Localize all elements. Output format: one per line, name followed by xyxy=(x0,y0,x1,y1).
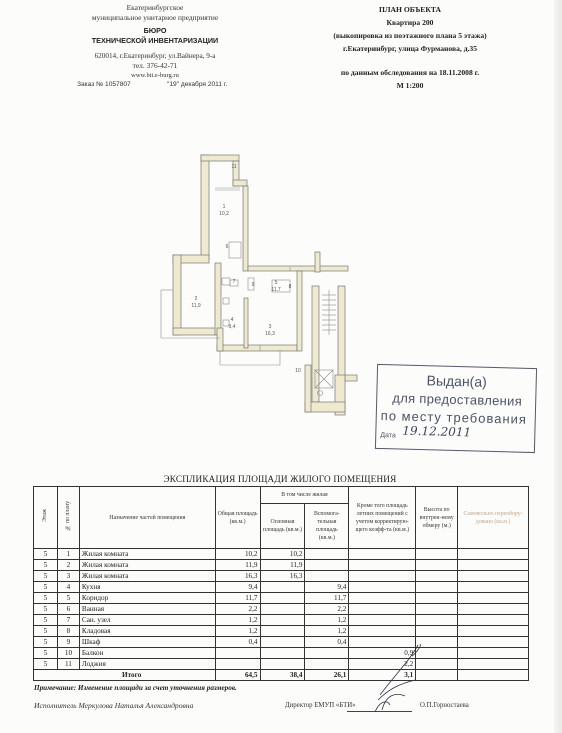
svg-text:5: 5 xyxy=(275,280,278,286)
object-address: г.Екатеринбург, улица Фурманова, д.35 xyxy=(285,42,535,55)
cell-aux: 2,2 xyxy=(305,604,349,615)
cell-total: 16,3 xyxy=(215,571,260,582)
cell-aux: 11,7 xyxy=(305,593,349,604)
total-aux: 26,1 xyxy=(305,670,349,681)
cell-main xyxy=(260,593,305,604)
table-row: 57Сан. узел1,21,2 xyxy=(34,615,529,626)
floor-plan: 110,2 211,9 316,3 49,4 511,7 7 9 8 6 11 … xyxy=(160,150,400,420)
bureau-name: БЮРО ТЕХНИЧЕСКОЙ ИНВЕНТАРИЗАЦИИ xyxy=(60,26,250,46)
table-row: 53Жилая комната16,316,3 xyxy=(34,571,529,582)
cell-purpose: Шкаф xyxy=(79,637,215,648)
cell-main xyxy=(260,648,305,659)
cell-aux: 1,2 xyxy=(305,615,349,626)
issuer-line: Екатеринбургское xyxy=(60,3,250,13)
cell-aux xyxy=(305,549,349,560)
issuer-block: Екатеринбургское муниципальное унитарное… xyxy=(60,3,250,81)
table-row: 55Коридор11,711,7 xyxy=(34,593,529,604)
cell-summer xyxy=(349,549,416,560)
svg-text:8: 8 xyxy=(289,284,292,290)
cell-unauth xyxy=(458,582,529,593)
cell-total: 1,2 xyxy=(215,626,260,637)
cell-floor: 5 xyxy=(34,659,58,670)
svg-text:11,7: 11,7 xyxy=(271,287,281,293)
cell-unauth xyxy=(458,549,529,560)
cell-purpose: Ванная xyxy=(79,604,215,615)
cell-total: 11,7 xyxy=(215,593,260,604)
col-unauthorized: Самовольно переобору-довано (кв.м.) xyxy=(458,487,529,549)
total-main: 38,4 xyxy=(260,670,305,681)
director-label: Директор ЕМУП «БТИ» xyxy=(285,702,356,709)
cell-summer xyxy=(349,615,416,626)
survey-date: по данным обследования на 18.11.2008 г. xyxy=(285,66,535,79)
cell-purpose: Лоджия xyxy=(79,659,215,670)
cell-aux xyxy=(305,571,349,582)
plan-subtitle: (выкопировка из поэтажного плана 5 этажа… xyxy=(285,29,535,42)
cell-summer xyxy=(349,593,416,604)
executor: Исполнитель Меркулова Наталья Александро… xyxy=(34,701,193,710)
plan-scale: М 1:200 xyxy=(285,79,535,92)
cell-purpose: Жилая комната xyxy=(79,571,215,582)
cell-no: 6 xyxy=(57,604,79,615)
cell-main xyxy=(260,604,305,615)
issuer-line: муниципальное унитарное предприятие xyxy=(60,13,250,23)
cell-purpose: Жилая комната xyxy=(79,549,215,560)
cell-floor: 5 xyxy=(34,571,58,582)
cell-total: 9,4 xyxy=(215,582,260,593)
cell-unauth xyxy=(458,648,529,659)
svg-text:9: 9 xyxy=(252,282,255,288)
cell-aux: 9,4 xyxy=(305,582,349,593)
cell-no: 1 xyxy=(57,549,79,560)
cell-purpose: Жилая комната xyxy=(79,560,215,571)
cell-total: 0,4 xyxy=(215,637,260,648)
cell-purpose: Кухня xyxy=(79,582,215,593)
bureau-name-line: ТЕХНИЧЕСКОЙ ИНВЕНТАРИЗАЦИИ xyxy=(60,36,250,46)
cell-height xyxy=(416,549,458,560)
cell-floor: 5 xyxy=(34,604,58,615)
cell-unauth xyxy=(458,604,529,615)
cell-aux: 0,4 xyxy=(305,637,349,648)
order-row: Заказ № 1057807 "19" декабря 2011 г. xyxy=(77,81,277,88)
col-total-area: Общая площадь (кв.м.) xyxy=(215,487,260,549)
cell-height xyxy=(416,593,458,604)
cell-aux: 1,2 xyxy=(305,626,349,637)
cell-summer xyxy=(349,582,416,593)
bureau-name-line: БЮРО xyxy=(60,26,250,36)
cell-height xyxy=(416,582,458,593)
cell-no: 7 xyxy=(57,615,79,626)
cell-summer xyxy=(349,571,416,582)
svg-text:2: 2 xyxy=(195,296,198,302)
cell-height xyxy=(416,571,458,582)
cell-height xyxy=(416,560,458,571)
note: Примечание: Изменение площади за счет ут… xyxy=(34,684,237,692)
cell-floor: 5 xyxy=(34,615,58,626)
table-row: 511Лоджия2,2 xyxy=(34,659,529,670)
table-total-row: Итого64,538,426,13,1 xyxy=(34,670,529,681)
order-number: Заказ № 1057807 xyxy=(77,81,131,88)
issuer-address: 620014, г.Екатеринбург, ул.Вайнера, 9-а xyxy=(60,51,250,61)
cell-no: 5 xyxy=(57,593,79,604)
svg-text:16,3: 16,3 xyxy=(265,331,275,337)
cell-unauth xyxy=(458,637,529,648)
cell-main: 16,3 xyxy=(260,571,305,582)
cell-floor: 5 xyxy=(34,626,58,637)
stamp-date-handwritten: 19.12.2011 xyxy=(402,424,471,440)
svg-text:6: 6 xyxy=(226,244,229,250)
col-floor: Этаж xyxy=(34,487,58,549)
table-row: 56Ванная2,22,2 xyxy=(34,604,529,615)
cell-summer xyxy=(349,560,416,571)
cell-total: 11,9 xyxy=(215,560,260,571)
cell-total xyxy=(215,659,260,670)
table-title: ЭКСПЛИКАЦИЯ ПЛОЩАДИ ЖИЛОГО ПОМЕЩЕНИЯ xyxy=(150,474,410,484)
cell-no: 8 xyxy=(57,626,79,637)
cell-purpose: Балкон xyxy=(79,648,215,659)
document-page: Екатеринбургское муниципальное унитарное… xyxy=(0,0,562,733)
cell-purpose: Кладовая xyxy=(79,626,215,637)
cell-unauth xyxy=(458,560,529,571)
total-unauth xyxy=(458,670,529,681)
cell-aux xyxy=(305,648,349,659)
plan-header: ПЛАН ОБЪЕКТА Квартира 200 (выкопировка и… xyxy=(285,3,535,92)
director-signature xyxy=(360,640,430,715)
col-main-area: Основная площадь (кв.м.) xyxy=(260,504,305,549)
cell-floor: 5 xyxy=(34,593,58,604)
total-total: 64,5 xyxy=(215,670,260,681)
cell-summer xyxy=(349,604,416,615)
col-purpose: Назначение частей помещения xyxy=(79,487,215,549)
table-row: 52Жилая комната11,911,9 xyxy=(34,560,529,571)
cell-total: 10,2 xyxy=(215,549,260,560)
col-summer: Кроме того площадь летних помещений с уч… xyxy=(349,487,416,549)
stamp-date-label: Дата xyxy=(380,432,396,439)
cell-unauth xyxy=(458,593,529,604)
issuer-website: www.bti.e-burg.ru xyxy=(60,71,250,81)
col-plan-no: № по плану xyxy=(57,487,79,549)
cell-height xyxy=(416,615,458,626)
cell-aux xyxy=(305,560,349,571)
cell-main xyxy=(260,626,305,637)
svg-text:3: 3 xyxy=(269,324,272,330)
stamp-line: для предоставления xyxy=(381,390,533,409)
cell-no: 10 xyxy=(57,648,79,659)
cell-floor: 5 xyxy=(34,560,58,571)
col-group-living: В том числе жилая xyxy=(260,487,349,504)
scan-edge xyxy=(554,0,562,733)
cell-purpose: Сан. узел xyxy=(79,615,215,626)
table-row: 51Жилая комната10,210,2 xyxy=(34,549,529,560)
cell-main xyxy=(260,659,305,670)
cell-no: 3 xyxy=(57,571,79,582)
cell-no: 2 xyxy=(57,560,79,571)
table-row: 59Шкаф0,40,4 xyxy=(34,637,529,648)
cell-purpose: Коридор xyxy=(79,593,215,604)
svg-text:11,9: 11,9 xyxy=(191,303,201,309)
cell-total: 2,2 xyxy=(215,604,260,615)
cell-unauth xyxy=(458,659,529,670)
stamp-line: Выдан(а) xyxy=(378,371,536,391)
svg-text:4: 4 xyxy=(231,317,234,323)
cell-unauth xyxy=(458,571,529,582)
explication-table: Этаж № по плану Назначение частей помеще… xyxy=(33,486,529,681)
table-row: 58Кладовая1,21,2 xyxy=(34,626,529,637)
cell-main xyxy=(260,615,305,626)
cell-height xyxy=(416,626,458,637)
cell-floor: 5 xyxy=(34,648,58,659)
total-label: Итого xyxy=(34,670,216,681)
col-height: Высота по внутрен-нему обмеру (м.) xyxy=(416,487,458,549)
cell-floor: 5 xyxy=(34,582,58,593)
cell-height xyxy=(416,604,458,615)
cell-no: 9 xyxy=(57,637,79,648)
table-row: 54Кухня9,49,4 xyxy=(34,582,529,593)
cell-unauth xyxy=(458,615,529,626)
cell-floor: 5 xyxy=(34,637,58,648)
cell-total xyxy=(215,648,260,659)
svg-text:1: 1 xyxy=(223,204,226,210)
apartment-label: Квартира 200 xyxy=(285,16,535,29)
cell-no: 11 xyxy=(57,659,79,670)
svg-text:9,4: 9,4 xyxy=(229,324,236,330)
cell-aux xyxy=(305,659,349,670)
cell-unauth xyxy=(458,626,529,637)
issuer-phone: тел. 376-42-71 xyxy=(60,61,250,71)
floor-plan-drawing: 110,2 211,9 316,3 49,4 511,7 7 9 8 6 11 … xyxy=(160,150,400,420)
plan-title: ПЛАН ОБЪЕКТА xyxy=(285,3,535,16)
svg-text:10,2: 10,2 xyxy=(219,211,229,217)
issued-stamp: Выдан(а) для предоставления по месту тре… xyxy=(375,364,537,453)
order-date: "19" декабря 2011 г. xyxy=(167,81,227,88)
cell-main xyxy=(260,637,305,648)
cell-main: 11,9 xyxy=(260,560,305,571)
svg-text:10: 10 xyxy=(295,368,301,374)
svg-text:11: 11 xyxy=(231,164,236,170)
cell-main xyxy=(260,582,305,593)
svg-text:7: 7 xyxy=(233,279,236,285)
cell-summer xyxy=(349,626,416,637)
cell-no: 4 xyxy=(57,582,79,593)
cell-floor: 5 xyxy=(34,549,58,560)
table-row: 510Балкон0,9 xyxy=(34,648,529,659)
cell-main: 10,2 xyxy=(260,549,305,560)
col-aux-area: Вспомога-тельная площадь (кв.м.) xyxy=(305,504,349,549)
cell-total: 1,2 xyxy=(215,615,260,626)
